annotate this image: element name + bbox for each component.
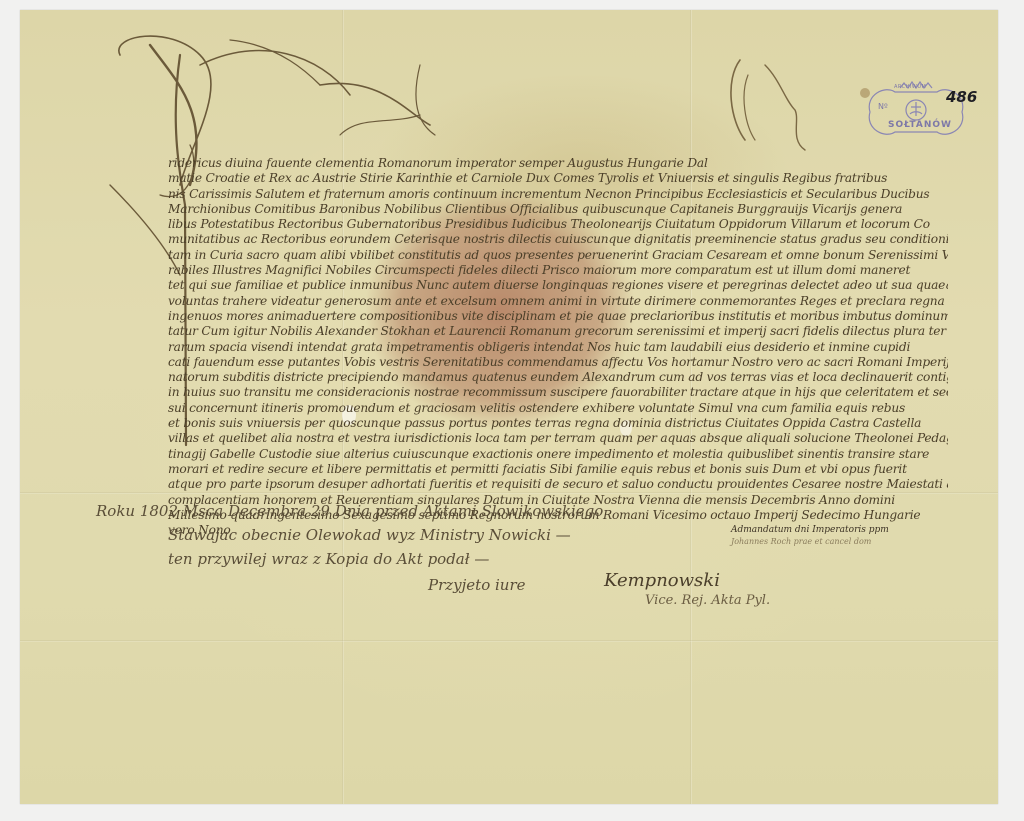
text-line: rarum spacia visendi intendat grata impe… xyxy=(168,340,948,355)
text-line: et bonis suis vniuersis per quoscunque p… xyxy=(168,416,948,431)
text-line: tinagij Gabelle Custodie siue alterius c… xyxy=(168,447,948,462)
text-line: rabiles Illustres Magnifici Nobiles Circ… xyxy=(168,263,948,278)
registration-note-line-4: Przyjeto iure xyxy=(428,576,526,594)
text-line: voluntas trahere videatur generosum ante… xyxy=(168,294,948,309)
fold-line-horizontal-lower xyxy=(20,640,998,642)
text-line: tam in Curia sacro quam alibi vbilibet c… xyxy=(168,248,948,263)
text-line: villas et quelibet alia nostra et vestra… xyxy=(168,431,948,446)
text-line: libus Potestatibus Rectoribus Gubernator… xyxy=(168,217,948,232)
text-line: sui concernunt itineris promouendum et g… xyxy=(168,401,948,416)
stamp-top-text: ARCHIWUM xyxy=(894,84,926,90)
text-line: tatur Cum igitur Nobilis Alexander Stokh… xyxy=(168,324,948,339)
chancery-note-line: Johannes Roch prae et cancel dom xyxy=(731,536,889,548)
text-line: tet qui sue familiae et publice inmunibu… xyxy=(168,278,948,293)
archive-stamp: ARCHIWUM Nº 486 SOŁTANÓW xyxy=(860,80,972,144)
text-line: ingenuos mores animaduertere composition… xyxy=(168,309,948,324)
text-line: morari et redire secure et libere permit… xyxy=(168,462,948,477)
stamp-number: 486 xyxy=(946,88,977,106)
registration-note-line-2: Stawajac obecnie Olewokad wyz Ministry N… xyxy=(168,526,571,544)
stamp-number-label: Nº xyxy=(878,102,888,111)
chancery-note-line: Admandatum dni Imperatoris ppm xyxy=(731,524,889,536)
registration-note-line-3: ten przywilej wraz z Kopia do Akt podał … xyxy=(168,550,489,568)
registrar-signature: Kempnowski xyxy=(604,570,720,591)
text-line: munitatibus ac Rectoribus eorundem Ceter… xyxy=(168,232,948,247)
decorative-flourish-icon xyxy=(710,50,820,160)
chancery-note: Admandatum dni Imperatoris ppm Johannes … xyxy=(731,524,889,548)
text-line: nis Carissimis Salutem et fraternum amor… xyxy=(168,187,948,202)
charter-main-text: ridericus diuina fauente clementia Roman… xyxy=(168,156,948,538)
text-line: cati fauendum esse putantes Vobis vestri… xyxy=(168,355,948,370)
stamp-archive-name: SOŁTANÓW xyxy=(888,120,952,130)
registrar-title: Vice. Rej. Akta Pyl. xyxy=(645,593,770,608)
text-line: atque pro parte ipsorum desuper adhortat… xyxy=(168,477,948,492)
text-line: in huius suo transitu me consideracionis… xyxy=(168,385,948,400)
parchment-document: ARCHIWUM Nº 486 SOŁTANÓW ridericus diuin… xyxy=(20,10,998,804)
text-line: matie Croatie et Rex ac Austrie Stirie K… xyxy=(168,171,948,186)
text-line: Marchionibus Comitibus Baronibus Nobilib… xyxy=(168,202,948,217)
text-line: natorum subditis districte precipiendo m… xyxy=(168,370,948,385)
text-line: ridericus diuina fauente clementia Roman… xyxy=(168,156,948,171)
registration-note-line-1: Roku 1802 Msca Decembra 29 Dnia przed Ak… xyxy=(96,502,603,520)
